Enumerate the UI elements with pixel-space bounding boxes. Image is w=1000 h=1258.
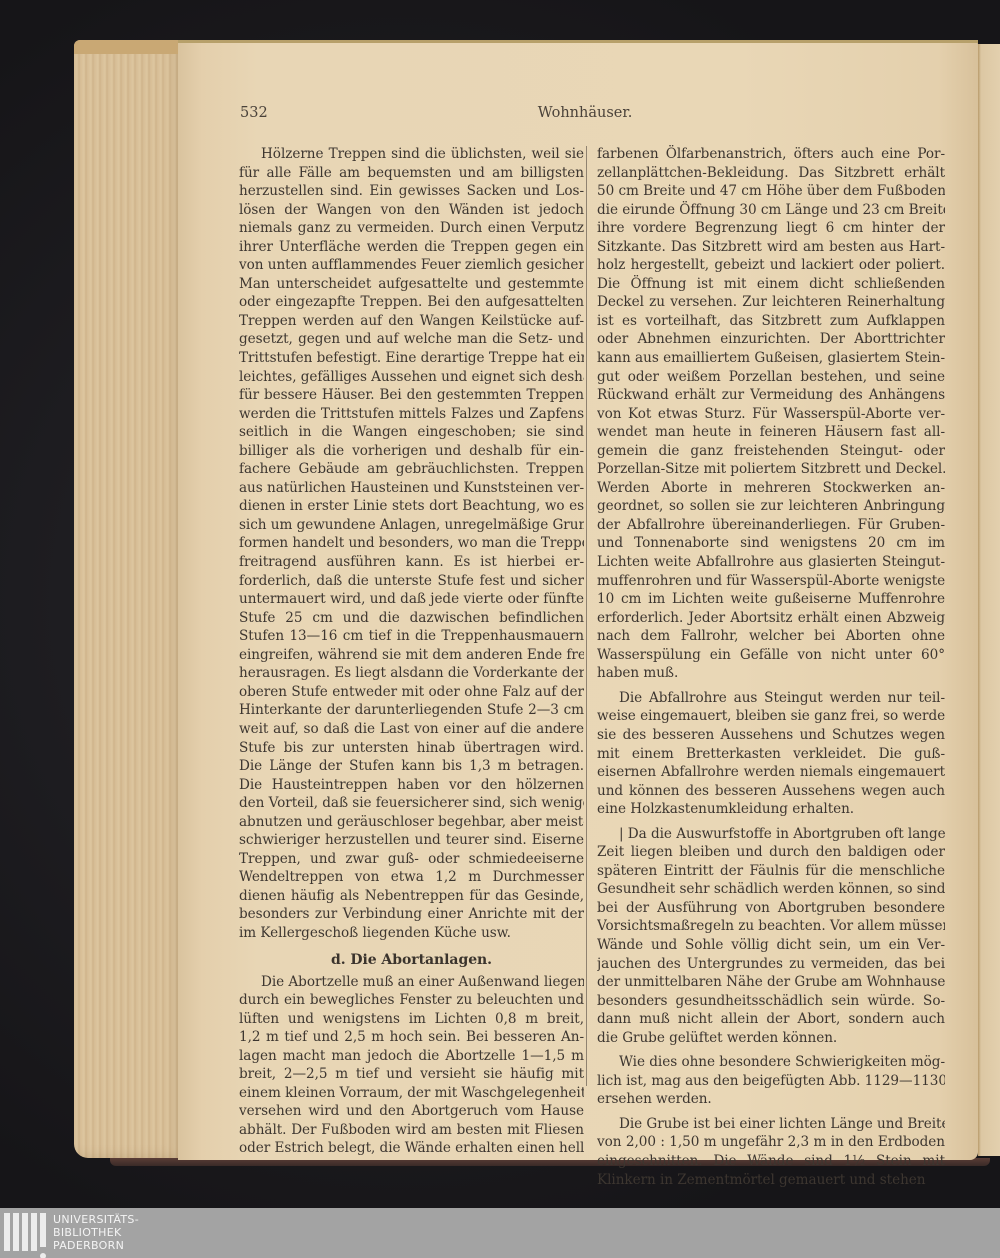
text-line: Die Hausteintreppen haben vor den hölzer… <box>239 776 584 795</box>
text-line: Treppen werden auf den Wangen Keilstücke… <box>239 312 584 331</box>
text-line: Die Abfallrohre aus Steingut werden nur … <box>597 689 945 708</box>
paragraph-toilet-cell: Die Abortzelle muß an einer Außenwand li… <box>239 973 584 1158</box>
running-head: 532 Wohnhäuser. <box>240 105 960 127</box>
text-line: Wände und Sohle völlig dicht sein, um ei… <box>597 936 945 955</box>
text-line: von 2,00 : 1,50 m ungefähr 2,3 m in den … <box>597 1133 945 1152</box>
library-footer: UNIVERSITÄTS- BIBLIOTHEK PADERBORN <box>0 1208 1000 1258</box>
text-line: ersehen werden. <box>597 1090 945 1109</box>
text-line: lich ist, mag aus den beigefügten Abb. 1… <box>597 1072 945 1091</box>
logo-line: BIBLIOTHEK <box>53 1226 139 1239</box>
text-line: farbenen Ölfarbenanstrich, öfters auch e… <box>597 145 945 164</box>
text-line: Porzellan-Sitze mit poliertem Sitzbrett … <box>597 460 945 479</box>
text-line: besonders gesundheitsschädlich sein würd… <box>597 992 945 1011</box>
text-line: von Kot etwas Sturz. Für Wasserspül-Abor… <box>597 405 945 424</box>
text-line: Man unterscheidet aufgesattelte und gest… <box>239 275 584 294</box>
text-line: werden die Trittstufen mittels Falzes un… <box>239 405 584 424</box>
text-line: einem kleinen Vorraum, der mit Waschgele… <box>239 1084 584 1103</box>
text-line: und Tonnenaborte sind wenigstens 20 cm i… <box>597 534 945 553</box>
text-line: breit, 2—2,5 m tief und versieht sie häu… <box>239 1065 584 1084</box>
text-line: die Grube gelüftet werden können. <box>597 1029 945 1048</box>
text-line: Hölzerne Treppen sind die üblichsten, we… <box>239 145 584 164</box>
text-line: | Da die Auswurfstoffe in Abortgruben of… <box>597 825 945 844</box>
text-line: oberen Stufe entweder mit oder ohne Falz… <box>239 683 584 702</box>
paragraph-stairs: Hölzerne Treppen sind die üblichsten, we… <box>239 145 584 943</box>
text-line: Die Länge der Stufen kann bis 1,3 m betr… <box>239 757 584 776</box>
text-line: Klinkern in Zementmörtel gemauert und st… <box>597 1171 945 1190</box>
text-line: sich um gewundene Anlagen, unregelmäßige… <box>239 516 584 535</box>
page-top-edge <box>178 40 978 43</box>
text-line: eine Holzkastenumkleidung erhalten. <box>597 800 945 819</box>
next-page-sliver <box>978 44 1000 1156</box>
text-line: ihre vordere Begrenzung liegt 6 cm hinte… <box>597 219 945 238</box>
text-line: im Kellergeschoß liegenden Küche usw. <box>239 924 584 943</box>
book-page-edges <box>74 40 186 1158</box>
library-logo-icon <box>2 1213 44 1258</box>
text-line: wendet man heute in feineren Häusern fas… <box>597 423 945 442</box>
text-line: aus natürlichen Hausteinen und Kunststei… <box>239 479 584 498</box>
text-line: späteren Eintritt der Fäulnis für die me… <box>597 862 945 881</box>
text-line: für alle Fälle am bequemsten und am bill… <box>239 164 584 183</box>
text-line: Wie dies ohne besondere Schwierigkeiten … <box>597 1053 945 1072</box>
text-line: Die Öffnung ist mit einem dicht schließe… <box>597 275 945 294</box>
text-line: holz hergestellt, gebeizt und lackiert o… <box>597 256 945 275</box>
text-line: Werden Aborte in mehreren Stockwerken an… <box>597 479 945 498</box>
text-line: Sitzkante. Das Sitzbrett wird am besten … <box>597 238 945 257</box>
text-line: 50 cm Breite und 47 cm Höhe über dem Fuß… <box>597 182 945 201</box>
text-line: formen handelt und besonders, wo man die… <box>239 534 584 553</box>
text-line: Die Grube ist bei einer lichten Länge un… <box>597 1115 945 1134</box>
text-line: und können des besseren Aussehens wegen … <box>597 782 945 801</box>
text-line: 1,2 m tief und 2,5 m hoch sein. Bei bess… <box>239 1028 584 1047</box>
text-line: billiger als die vorherigen und deshalb … <box>239 442 584 461</box>
text-line: niemals ganz zu vermeiden. Durch einen V… <box>239 219 584 238</box>
text-line: Wendeltreppen von etwa 1,2 m Durchmesser <box>239 868 584 887</box>
text-line: sie des besseren Aussehens und Schutzes … <box>597 726 945 745</box>
text-line: herzustellen sind. Ein gewisses Sacken u… <box>239 182 584 201</box>
text-line: eingreifen, während sie mit dem anderen … <box>239 646 584 665</box>
text-line: oder Estrich belegt, die Wände erhalten … <box>239 1139 584 1158</box>
text-line: eingeschnitten. Die Wände sind 1½ Stein … <box>597 1152 945 1171</box>
text-line: für bessere Häuser. Bei den gestemmten T… <box>239 386 584 405</box>
text-line: erforderlich. Jeder Abortsitz erhält ein… <box>597 609 945 628</box>
text-line: dienen in erster Linie stets dort Beacht… <box>239 497 584 516</box>
text-line: Vorsichtsmaßregeln zu beachten. Vor alle… <box>597 917 945 936</box>
section-heading: d. Die Abortanlagen. <box>239 943 584 973</box>
text-line: gemein die ganz freistehenden Steingut- … <box>597 442 945 461</box>
text-line: Wasserspülung ein Gefälle von nicht unte… <box>597 646 945 665</box>
text-line: der unmittelbaren Nähe der Grube am Wohn… <box>597 973 945 992</box>
text-line: leichtes, gefälliges Aussehen und eignet… <box>239 368 584 387</box>
text-line: fachere Gebäude am gebräuchlichsten. Tre… <box>239 460 584 479</box>
text-line: der Abfallrohre übereinanderliegen. Für … <box>597 516 945 535</box>
text-line: ist es vorteilhaft, das Sitzbrett zum Au… <box>597 312 945 331</box>
paragraph-figures-reference: Wie dies ohne besondere Schwierigkeiten … <box>597 1053 945 1109</box>
text-line: freitragend ausführen kann. Es ist hierb… <box>239 553 584 572</box>
running-title: Wohnhäuser. <box>240 105 930 121</box>
text-line: lagen macht man jedoch die Abortzelle 1—… <box>239 1047 584 1066</box>
text-line: seitlich in die Wangen eingeschoben; sie… <box>239 423 584 442</box>
logo-line: UNIVERSITÄTS- <box>53 1213 139 1226</box>
text-line: dienen häufig als Nebentreppen für das G… <box>239 887 584 906</box>
library-logo-text: UNIVERSITÄTS- BIBLIOTHEK PADERBORN <box>53 1213 139 1252</box>
text-line: geordnet, so sollen sie zur leichteren A… <box>597 497 945 516</box>
text-line: Stufe bis zur untersten hinab übertragen… <box>239 739 584 758</box>
text-line: oder eingezapfte Treppen. Bei den aufges… <box>239 293 584 312</box>
text-line: Gesundheit sehr schädlich werden können,… <box>597 880 945 899</box>
text-line: bei der Ausführung von Abortgruben beson… <box>597 899 945 918</box>
text-line: eisernen Abfallrohre werden niemals eing… <box>597 763 945 782</box>
text-line: gesetzt, gegen und auf welche man die Se… <box>239 330 584 349</box>
text-line: Deckel zu versehen. Zur leichteren Reine… <box>597 293 945 312</box>
text-line: Die Abortzelle muß an einer Außenwand li… <box>239 973 584 992</box>
text-line: abhält. Der Fußboden wird am besten mit … <box>239 1121 584 1140</box>
text-line: herausragen. Es liegt alsdann die Vorder… <box>239 664 584 683</box>
text-line: gut oder weißem Porzellan bestehen, und … <box>597 368 945 387</box>
paragraph-drain-pipes: Die Abfallrohre aus Steingut werden nur … <box>597 689 945 819</box>
text-line: Zeit liegen bleiben und durch den baldig… <box>597 843 945 862</box>
text-line: lüften und wenigstens im Lichten 0,8 m b… <box>239 1010 584 1029</box>
text-line: Stufe 25 cm und die dazwischen befindlic… <box>239 609 584 628</box>
book-page-edges-top <box>74 40 184 54</box>
text-line: forderlich, daß die unterste Stufe fest … <box>239 572 584 591</box>
right-column: farbenen Ölfarbenanstrich, öfters auch e… <box>597 145 945 1189</box>
text-line: durch ein bewegliches Fenster zu beleuch… <box>239 991 584 1010</box>
text-line: Lichten weite Abfallrohre aus glasierten… <box>597 553 945 572</box>
text-line: Trittstufen befestigt. Eine derartige Tr… <box>239 349 584 368</box>
text-line: den Vorteil, daß sie feuersicherer sind,… <box>239 794 584 813</box>
text-line: die eirunde Öffnung 30 cm Länge und 23 c… <box>597 201 945 220</box>
text-line: versehen wird und den Abortgeruch vom Ha… <box>239 1102 584 1121</box>
text-line: jauchen des Untergrundes zu vermeiden, d… <box>597 955 945 974</box>
left-column: Hölzerne Treppen sind die üblichsten, we… <box>239 145 584 1158</box>
paragraph-seat: farbenen Ölfarbenanstrich, öfters auch e… <box>597 145 945 683</box>
text-line: ihrer Unterfläche werden die Treppen geg… <box>239 238 584 257</box>
text-line: haben muß. <box>597 664 945 683</box>
text-line: kann aus emailliertem Gußeisen, glasiert… <box>597 349 945 368</box>
paragraph-pit-dimensions: Die Grube ist bei einer lichten Länge un… <box>597 1115 945 1189</box>
text-line: dann muß nicht allein der Abort, sondern… <box>597 1010 945 1029</box>
text-line: Hinterkante der darunterliegenden Stufe … <box>239 701 584 720</box>
text-line: lösen der Wangen von den Wänden ist jedo… <box>239 201 584 220</box>
text-line: abnutzen und geräuschloser begehbar, abe… <box>239 813 584 832</box>
text-line: schwieriger herzustellen und teurer sind… <box>239 831 584 850</box>
text-line: nach dem Fallrohr, welcher bei Aborten o… <box>597 627 945 646</box>
text-line: mit einem Bretterkasten verkleidet. Die … <box>597 745 945 764</box>
text-line: weise eingemauert, bleiben sie ganz frei… <box>597 707 945 726</box>
text-line: Treppen, und zwar guß- oder schmiedeeise… <box>239 850 584 869</box>
text-line: Stufen 13—16 cm tief in die Treppenhausm… <box>239 627 584 646</box>
paragraph-cesspits: | Da die Auswurfstoffe in Abortgruben of… <box>597 825 945 1048</box>
text-line: muffenrohren und für Wasserspül-Aborte w… <box>597 572 945 591</box>
column-divider <box>586 146 587 1086</box>
text-line: oder Abnehmen einzurichten. Der Aborttri… <box>597 330 945 349</box>
text-line: Rückwand erhält zur Vermeidung des Anhän… <box>597 386 945 405</box>
text-line: weit auf, so daß die Last von einer auf … <box>239 720 584 739</box>
text-line: von unten aufflammendes Feuer ziemlich g… <box>239 256 584 275</box>
text-line: untermauert wird, und daß jede vierte od… <box>239 590 584 609</box>
logo-line: PADERBORN <box>53 1239 139 1252</box>
text-line: zellanplättchen-Bekleidung. Das Sitzbret… <box>597 164 945 183</box>
text-line: 10 cm im Lichten weite gußeiserne Muffen… <box>597 590 945 609</box>
text-line: besonders zur Verbindung einer Anrichte … <box>239 905 584 924</box>
